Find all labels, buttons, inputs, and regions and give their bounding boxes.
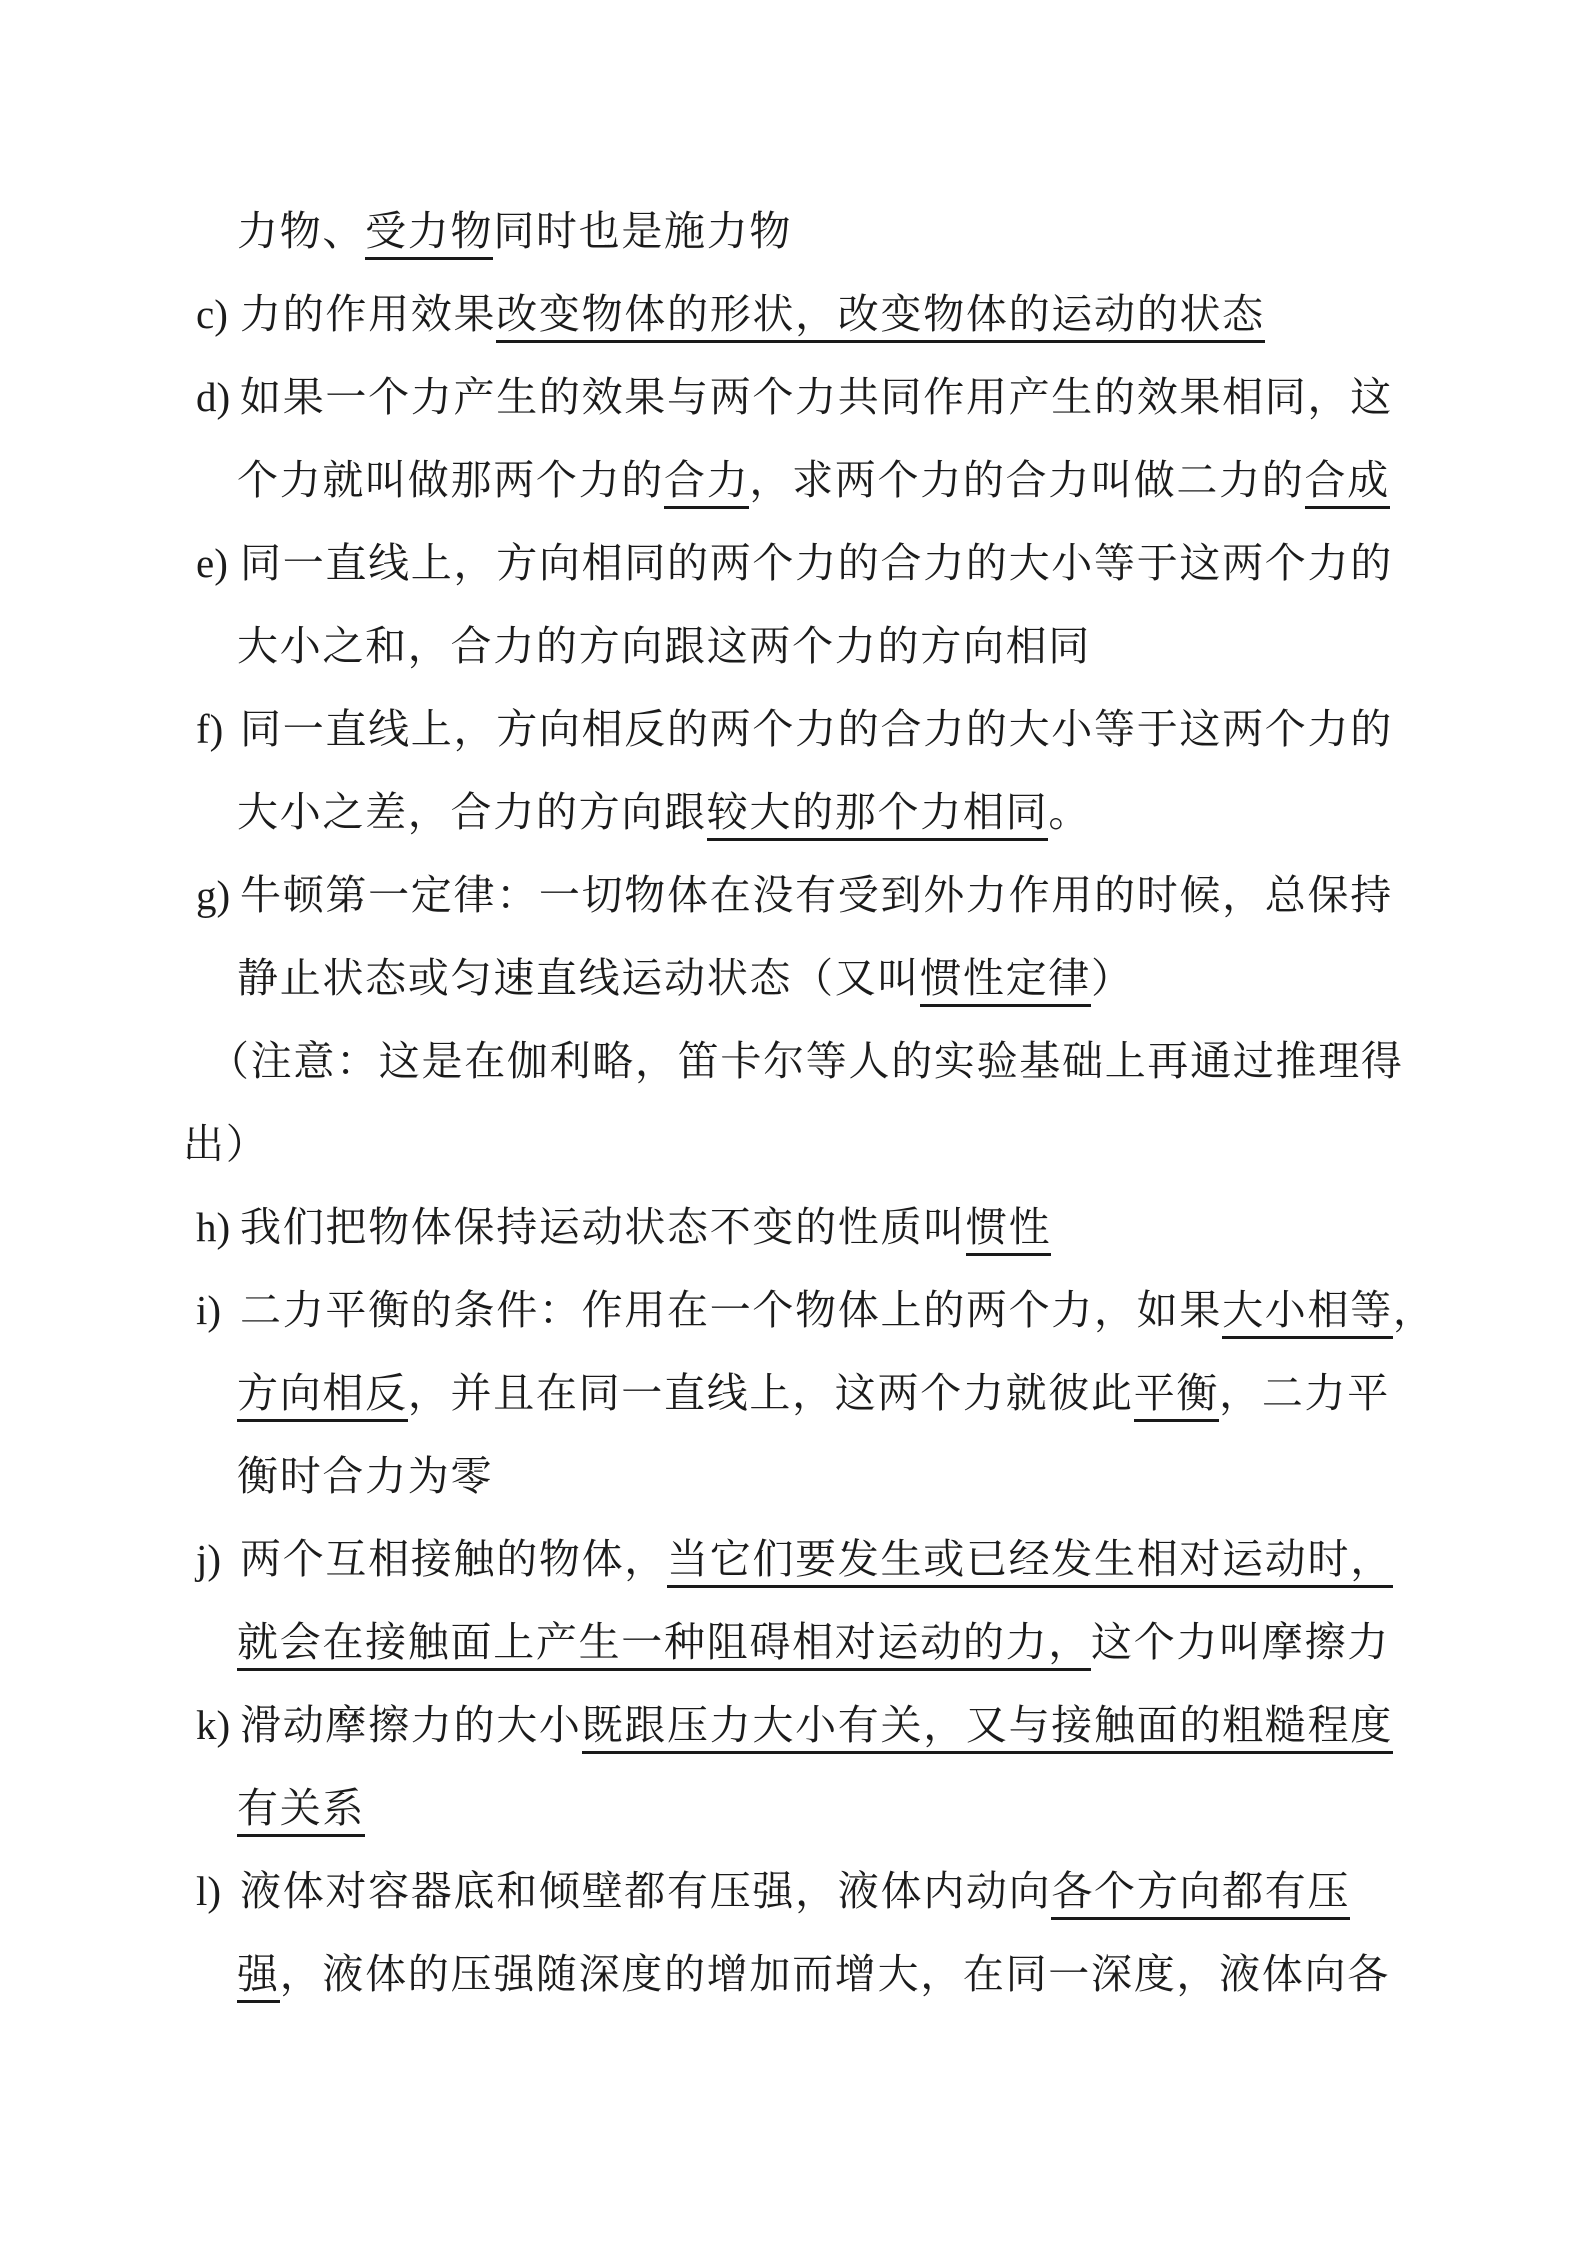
list-label: e) <box>196 522 228 605</box>
underlined-text: 方向相反 <box>237 1370 408 1422</box>
list-item-line: f)同一直线上，方向相反的两个力的合力的大小等于这两个力的 <box>240 688 1587 771</box>
underlined-text: 大小相等 <box>1222 1287 1393 1339</box>
plain-text: 我们把物体保持运动状态不变的性质叫 <box>240 1204 966 1250</box>
plain-text: 同一直线上，方向相同的两个力的合力的大小等于这两个力的 <box>240 540 1393 586</box>
list-item-line: g)牛顿第一定律：一切物体在没有受到外力作用的时候，总保持 <box>240 854 1587 937</box>
list-item-line: d)如果一个力产生的效果与两个力共同作用产生的效果相同，这 <box>240 356 1587 439</box>
text-line: 出） <box>183 1103 1587 1186</box>
plain-text: 滑动摩擦力的大小 <box>240 1702 582 1748</box>
underlined-text: 惯性定律 <box>920 955 1091 1007</box>
text-line: 就会在接触面上产生一种阻碍相对运动的力，这个力叫摩擦力 <box>237 1601 1587 1684</box>
underlined-text: 平衡 <box>1134 1370 1219 1422</box>
plain-text: 同时也是施力物 <box>493 208 792 254</box>
underlined-text: 各个方向都有压 <box>1051 1868 1350 1920</box>
list-item-line: e)同一直线上，方向相同的两个力的合力的大小等于这两个力的 <box>240 522 1587 605</box>
plain-text: 同一直线上，方向相反的两个力的合力的大小等于这两个力的 <box>240 706 1393 752</box>
list-label: h) <box>196 1186 230 1269</box>
plain-text: （注意：这是在伽利略，笛卡尔等人的实验基础上再通过推理得 <box>208 1038 1404 1084</box>
text-line: （注意：这是在伽利略，笛卡尔等人的实验基础上再通过推理得 <box>208 1020 1587 1103</box>
list-label: l) <box>196 1850 221 1933</box>
text-line: 个力就叫做那两个力的合力，求两个力的合力叫做二力的合成 <box>237 439 1587 522</box>
underlined-text: 合力 <box>664 457 749 509</box>
plain-text: 力物、 <box>237 208 365 254</box>
plain-text: 两个互相接触的物体， <box>240 1536 667 1582</box>
list-label: k) <box>196 1684 230 1767</box>
underlined-text: 当它们要发生或已经发生相对运动时， <box>667 1536 1393 1588</box>
text-line: 大小之差，合力的方向跟较大的那个力相同。 <box>237 771 1587 854</box>
underlined-text: 有关系 <box>237 1785 365 1837</box>
underlined-text: 受力物 <box>365 208 493 260</box>
plain-text: ，求两个力的合力叫做二力的 <box>749 457 1304 503</box>
plain-text: ） <box>1091 955 1134 1001</box>
text-line: 大小之和，合力的方向跟这两个力的方向相同 <box>237 605 1587 688</box>
plain-text: ，二力平 <box>1219 1370 1390 1416</box>
text-line: 静止状态或匀速直线运动状态（又叫惯性定律） <box>237 937 1587 1020</box>
list-label: i) <box>196 1269 221 1352</box>
text-line: 有关系 <box>237 1767 1587 1850</box>
list-item-line: h)我们把物体保持运动状态不变的性质叫惯性 <box>240 1186 1587 1269</box>
list-label: c) <box>196 273 228 356</box>
text-line: 衡时合力为零 <box>237 1435 1587 1518</box>
list-item-line: c)力的作用效果改变物体的形状，改变物体的运动的状态 <box>240 273 1587 356</box>
list-label: j) <box>196 1518 221 1601</box>
text-line: 力物、受力物同时也是施力物 <box>237 190 1587 273</box>
list-item-line: i)二力平衡的条件：作用在一个物体上的两个力，如果大小相等， <box>240 1269 1587 1352</box>
plain-text: 衡时合力为零 <box>237 1453 493 1499</box>
plain-text: 静止状态或匀速直线运动状态（又叫 <box>237 955 920 1001</box>
document-text-block: 力物、受力物同时也是施力物c)力的作用效果改变物体的形状，改变物体的运动的状态d… <box>0 0 1587 2016</box>
plain-text: 牛顿第一定律：一切物体在没有受到外力作用的时候，总保持 <box>240 872 1393 918</box>
plain-text: 力的作用效果 <box>240 291 496 337</box>
plain-text: 二力平衡的条件：作用在一个物体上的两个力，如果 <box>240 1287 1222 1333</box>
plain-text: 个力就叫做那两个力的 <box>237 457 664 503</box>
plain-text: 这个力叫摩擦力 <box>1091 1619 1390 1665</box>
plain-text: ， <box>1393 1287 1436 1333</box>
list-item-line: k)滑动摩擦力的大小既跟压力大小有关，又与接触面的粗糙程度 <box>240 1684 1587 1767</box>
underlined-text: 较大的那个力相同 <box>707 789 1049 841</box>
document-page: 力物、受力物同时也是施力物c)力的作用效果改变物体的形状，改变物体的运动的状态d… <box>0 0 1587 2245</box>
plain-text: 。 <box>1048 789 1091 835</box>
plain-text: 如果一个力产生的效果与两个力共同作用产生的效果相同，这 <box>240 374 1393 420</box>
plain-text: 大小之和，合力的方向跟这两个力的方向相同 <box>237 623 1091 669</box>
list-label: d) <box>196 356 230 439</box>
text-line: 方向相反，并且在同一直线上，这两个力就彼此平衡，二力平 <box>237 1352 1587 1435</box>
plain-text: ，液体的压强随深度的增加而增大，在同一深度，液体向各 <box>280 1951 1390 1997</box>
list-item-line: l)液体对容器底和倾壁都有压强，液体内动向各个方向都有压 <box>240 1850 1587 1933</box>
list-label: f) <box>196 688 223 771</box>
underlined-text: 合成 <box>1305 457 1390 509</box>
underlined-text: 就会在接触面上产生一种阻碍相对运动的力， <box>237 1619 1091 1671</box>
plain-text: 大小之差，合力的方向跟 <box>237 789 707 835</box>
list-item-line: j)两个互相接触的物体，当它们要发生或已经发生相对运动时， <box>240 1518 1587 1601</box>
text-line: 强，液体的压强随深度的增加而增大，在同一深度，液体向各 <box>237 1933 1587 2016</box>
underlined-text: 改变物体的形状，改变物体的运动的状态 <box>496 291 1265 343</box>
plain-text: 出） <box>183 1121 268 1167</box>
underlined-text: 既跟压力大小有关，又与接触面的粗糙程度 <box>582 1702 1393 1754</box>
plain-text: ，并且在同一直线上，这两个力就彼此 <box>408 1370 1134 1416</box>
underlined-text: 强 <box>237 1951 280 2003</box>
list-label: g) <box>196 854 230 937</box>
plain-text: 液体对容器底和倾壁都有压强，液体内动向 <box>240 1868 1051 1914</box>
underlined-text: 惯性 <box>966 1204 1051 1256</box>
